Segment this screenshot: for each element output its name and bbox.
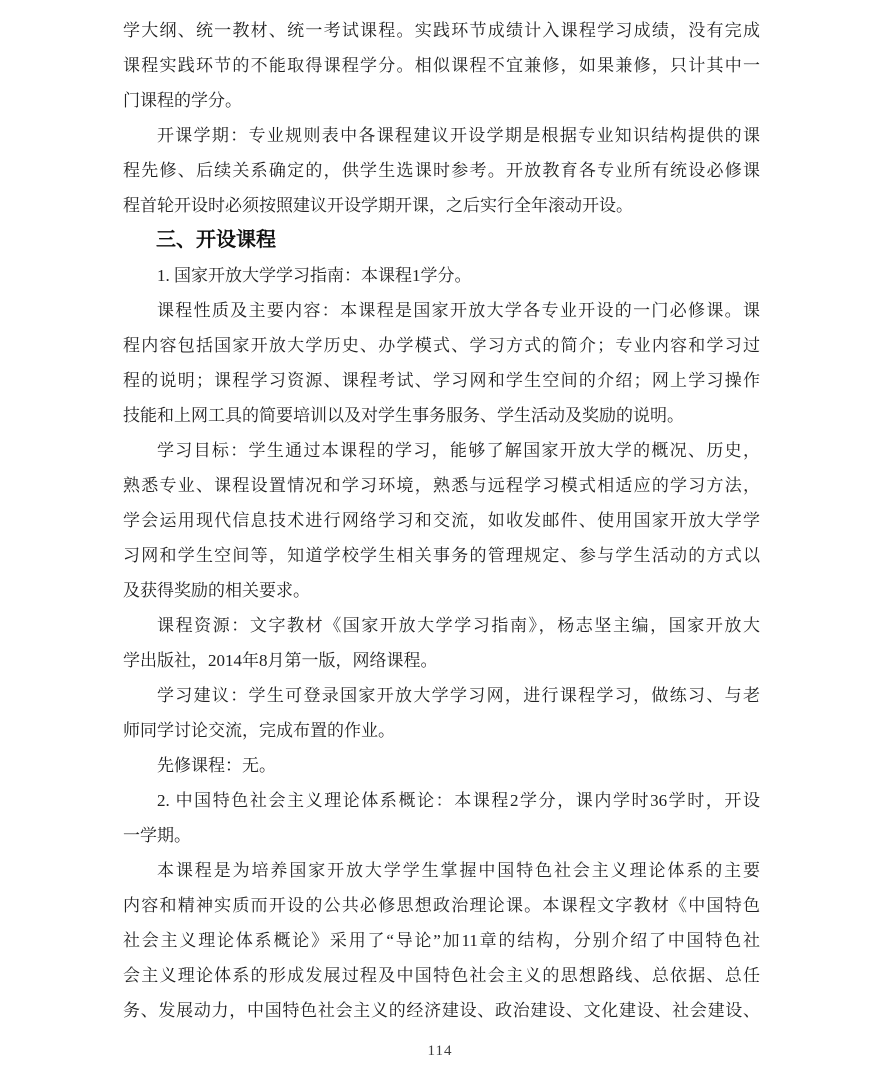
text-line: 会主义理论体系的形成发展过程及中国特色社会主义的思想路线、总依据、总任 <box>123 958 760 993</box>
text-line: 一学期。 <box>123 818 760 853</box>
text-line: 程内容包括国家开放大学历史、办学模式、学习方式的简介；专业内容和学习过 <box>123 328 760 363</box>
text-line: 内容和精神实质而开设的公共必修思想政治理论课。本课程文字教材《中国特色 <box>123 888 760 923</box>
paragraph: 开课学期：专业规则表中各课程建议开设学期是根据专业知识结构提供的课程先修、后续关… <box>123 118 760 223</box>
text-line: 本课程是为培养国家开放大学学生掌握中国特色社会主义理论体系的主要 <box>123 853 760 888</box>
document-body: 学大纲、统一教材、统一考试课程。实践环节成绩计入课程学习成绩，没有完成课程实践环… <box>123 13 760 1028</box>
text-line: 课程实践环节的不能取得课程学分。相似课程不宜兼修，如果兼修，只计其中一 <box>123 48 760 83</box>
text-line: 开课学期：专业规则表中各课程建议开设学期是根据专业知识结构提供的课 <box>123 118 760 153</box>
paragraph: 学大纲、统一教材、统一考试课程。实践环节成绩计入课程学习成绩，没有完成课程实践环… <box>123 13 760 118</box>
text-line: 学会运用现代信息技术进行网络学习和交流，如收发邮件、使用国家开放大学学 <box>123 503 760 538</box>
paragraph: 2. 中国特色社会主义理论体系概论：本课程2学分，课内学时36学时，开设一学期。 <box>123 783 760 853</box>
text-line: 门课程的学分。 <box>123 83 760 118</box>
paragraph: 课程性质及主要内容：本课程是国家开放大学各专业开设的一门必修课。课程内容包括国家… <box>123 293 760 433</box>
text-line: 熟悉专业、课程设置情况和学习环境，熟悉与远程学习模式相适应的学习方法， <box>123 468 760 503</box>
text-line: 学大纲、统一教材、统一考试课程。实践环节成绩计入课程学习成绩，没有完成 <box>123 13 760 48</box>
text-line: 务、发展动力，中国特色社会主义的经济建设、政治建设、文化建设、社会建设、 <box>123 993 760 1028</box>
paragraph: 课程资源：文字教材《国家开放大学学习指南》，杨志坚主编，国家开放大学出版社，20… <box>123 608 760 678</box>
text-line: 程先修、后续关系确定的，供学生选课时参考。开放教育各专业所有统设必修课 <box>123 153 760 188</box>
paragraph: 本课程是为培养国家开放大学学生掌握中国特色社会主义理论体系的主要内容和精神实质而… <box>123 853 760 1028</box>
page-number: 114 <box>0 1041 880 1061</box>
text-line: 2. 中国特色社会主义理论体系概论：本课程2学分，课内学时36学时，开设 <box>123 783 760 818</box>
paragraph: 先修课程：无。 <box>123 748 760 783</box>
text-line: 社会主义理论体系概论》采用了“导论”加11章的结构，分别介绍了中国特色社 <box>123 923 760 958</box>
text-line: 学出版社，2014年8月第一版，网络课程。 <box>123 643 760 678</box>
text-line: 程的说明；课程学习资源、课程考试、学习网和学生空间的介绍；网上学习操作 <box>123 363 760 398</box>
text-line: 先修课程：无。 <box>123 748 760 783</box>
text-line: 习网和学生空间等，知道学校学生相关事务的管理规定、参与学生活动的方式以 <box>123 538 760 573</box>
section-heading: 三、开设课程 <box>123 223 760 258</box>
text-line: 课程性质及主要内容：本课程是国家开放大学各专业开设的一门必修课。课 <box>123 293 760 328</box>
text-line: 学习建议：学生可登录国家开放大学学习网，进行课程学习，做练习、与老 <box>123 678 760 713</box>
heading-text: 三、开设课程 <box>123 223 760 258</box>
text-line: 师同学讨论交流，完成布置的作业。 <box>123 713 760 748</box>
text-line: 课程资源：文字教材《国家开放大学学习指南》，杨志坚主编，国家开放大 <box>123 608 760 643</box>
paragraph: 学习建议：学生可登录国家开放大学学习网，进行课程学习，做练习、与老师同学讨论交流… <box>123 678 760 748</box>
paragraph: 学习目标：学生通过本课程的学习，能够了解国家开放大学的概况、历史，熟悉专业、课程… <box>123 433 760 608</box>
text-line: 1. 国家开放大学学习指南：本课程1学分。 <box>123 258 760 293</box>
text-line: 程首轮开设时必须按照建议开设学期开课，之后实行全年滚动开设。 <box>123 188 760 223</box>
paragraph: 1. 国家开放大学学习指南：本课程1学分。 <box>123 258 760 293</box>
text-line: 学习目标：学生通过本课程的学习，能够了解国家开放大学的概况、历史， <box>123 433 760 468</box>
text-line: 及获得奖励的相关要求。 <box>123 573 760 608</box>
text-line: 技能和上网工具的简要培训以及对学生事务服务、学生活动及奖励的说明。 <box>123 398 760 433</box>
